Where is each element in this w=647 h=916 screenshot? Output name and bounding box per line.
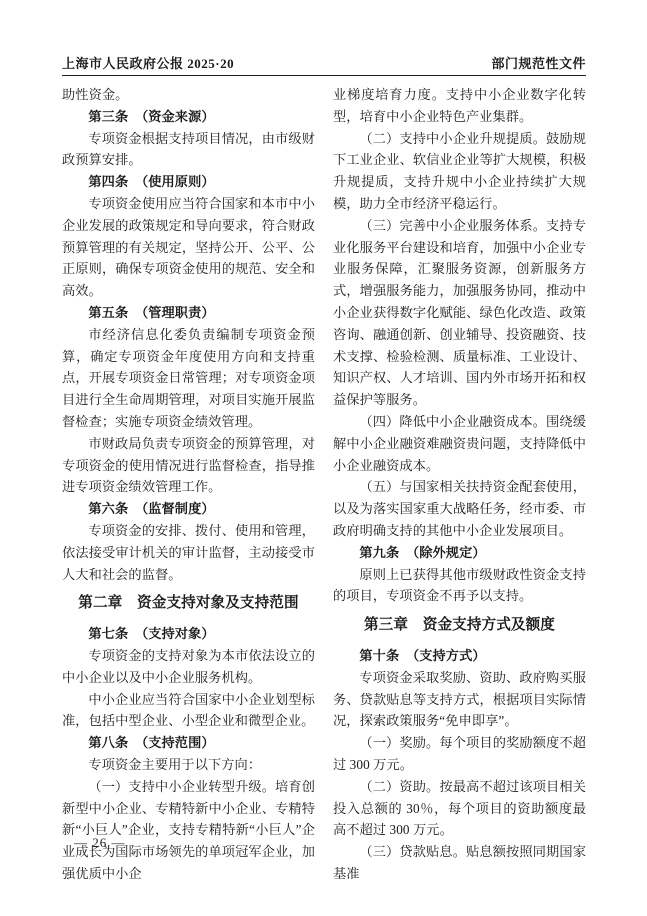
body-paragraph: （五）与国家相关扶持资金配套使用，以及为落实国家重大战略任务，经市委、市政府明确… bbox=[333, 476, 586, 541]
chapter-heading: 第三章 资金支持方式及额度 bbox=[333, 615, 586, 637]
body-paragraph: 市经济信息化委负责编制专项资金预算，确定专项资金年度使用方向和支持重点，开展专项… bbox=[62, 324, 315, 433]
header-divider bbox=[62, 75, 586, 76]
body-paragraph: 专项资金采取奖励、资助、政府购买服务、贷款贴息等支持方式，根据项目实际情况，探索… bbox=[333, 667, 586, 732]
column-left: 助性资金。 第三条 （资金来源） 专项资金根据支持项目情况，由市级财政预算安排。… bbox=[62, 84, 315, 885]
header-gazette-title: 上海市人民政府公报 2025·20 bbox=[62, 53, 234, 72]
continuation-paragraph: 业梯度培育力度。支持中小企业数字化转型，培育中小企业特色产业集群。 bbox=[333, 84, 586, 128]
chapter-heading: 第二章 资金支持对象及支持范围 bbox=[62, 593, 315, 615]
article-heading: 第六条 （监督制度） bbox=[62, 498, 315, 520]
body-paragraph: 中小企业应当符合国家中小企业划型标准，包括中型企业、小型企业和微型企业。 bbox=[62, 689, 315, 733]
article-heading: 第九条 （除外规定） bbox=[333, 542, 586, 564]
body-paragraph: （一）支持中小企业转型升级。培育创新型中小企业、专精特新中小企业、专精特新“小巨… bbox=[62, 776, 315, 885]
body-paragraph: （三）完善中小企业服务体系。支持专业化服务平台建设和培育，加强中小企业专业服务保… bbox=[333, 215, 586, 411]
document-body: 助性资金。 第三条 （资金来源） 专项资金根据支持项目情况，由市级财政预算安排。… bbox=[62, 84, 586, 885]
body-paragraph: 专项资金的支持对象为本市依法设立的中小企业以及中小企业服务机构。 bbox=[62, 645, 315, 689]
column-right: 业梯度培育力度。支持中小企业数字化转型，培育中小企业特色产业集群。 （二）支持中… bbox=[333, 84, 586, 885]
body-paragraph: 原则上已获得其他市级财政性资金支持的项目，专项资金不再予以支持。 bbox=[333, 564, 586, 608]
article-heading: 第七条 （支持对象） bbox=[62, 623, 315, 645]
body-paragraph: （三）贷款贴息。贴息额按照同期国家基准 bbox=[333, 841, 586, 885]
article-heading: 第五条 （管理职责） bbox=[62, 302, 315, 324]
page-header: 上海市人民政府公报 2025·20 部门规范性文件 bbox=[62, 53, 586, 72]
body-paragraph: （二）支持中小企业升规提质。鼓励规下工业企业、软信业企业等扩大规模，积极升规提质… bbox=[333, 128, 586, 215]
article-heading: 第四条 （使用原则） bbox=[62, 171, 315, 193]
body-paragraph: （四）降低中小企业融资成本。围绕缓解中小企业融资难融资贵问题，支持降低中小企业融… bbox=[333, 411, 586, 476]
article-heading: 第三条 （资金来源） bbox=[62, 106, 315, 128]
article-heading: 第十条 （支持方式） bbox=[333, 645, 586, 667]
body-paragraph: 市财政局负责专项资金的预算管理，对专项资金的使用情况进行监督检查，指导推进专项资… bbox=[62, 433, 315, 498]
body-paragraph: 专项资金使用应当符合国家和本市中小企业发展的政策规定和导向要求，符合财政预算管理… bbox=[62, 193, 315, 302]
header-section-label: 部门规范性文件 bbox=[491, 53, 586, 72]
body-paragraph: （一）奖励。每个项目的奖励额度不超过 300 万元。 bbox=[333, 732, 586, 776]
page-number: — 26 — bbox=[74, 835, 126, 851]
body-paragraph: （二）资助。按最高不超过该项目相关投入总额的 30％，每个项目的资助额度最高不超… bbox=[333, 776, 586, 841]
document-page: 上海市人民政府公报 2025·20 部门规范性文件 助性资金。 第三条 （资金来… bbox=[0, 0, 647, 916]
continuation-paragraph: 助性资金。 bbox=[62, 84, 315, 106]
body-paragraph: 专项资金的安排、拨付、使用和管理，依法接受审计机关的审计监督，主动接受市人大和社… bbox=[62, 520, 315, 585]
body-paragraph: 专项资金根据支持项目情况，由市级财政预算安排。 bbox=[62, 128, 315, 172]
article-heading: 第八条 （支持范围） bbox=[62, 732, 315, 754]
body-paragraph: 专项资金主要用于以下方向： bbox=[62, 754, 315, 776]
